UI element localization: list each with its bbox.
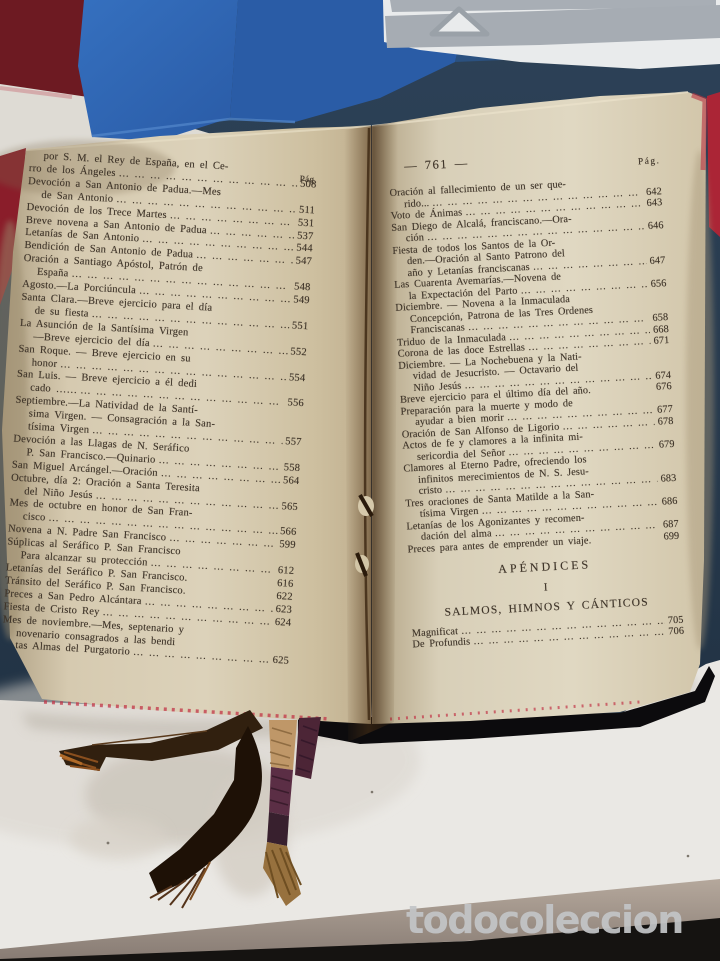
entry-page-number: 647 [649,255,665,267]
appendix-title: APÉNDICES [409,555,681,580]
entry-page-number: 676 [656,381,672,393]
entry-page-number: 566 [280,526,297,540]
entry-page-number: 565 [281,501,298,515]
entry-page-number: 599 [279,539,296,553]
entry-page-number: 531 [297,217,314,231]
entry-page-number: 678 [657,415,673,427]
entry-page-number: 656 [650,278,666,290]
dot-leader [190,581,274,586]
entry-page-number: 679 [659,438,675,450]
entry-page-number: 706 [668,626,684,638]
entry-page-number: 551 [292,320,309,334]
entry-page-number: 552 [290,346,307,360]
entry-page-number: 674 [655,369,671,381]
dot-leader [596,309,665,312]
dust-speck [107,842,110,845]
entry-page-number: 612 [277,565,294,579]
dot-leader [594,390,653,393]
watermark-text: todocoleccion [406,898,683,942]
entry-page-number: 548 [294,282,311,296]
entry-page-number: 642 [646,186,662,198]
entry-page-number: 625 [272,655,289,669]
dot-leader [203,491,296,496]
entry-page-number: 668 [653,324,669,336]
entry-page-number: 511 [299,204,316,218]
entry-page-number: 547 [295,256,312,270]
entry-page-number: 624 [274,617,291,631]
entry-text: ción [406,232,425,244]
entry-page-number: 623 [275,604,292,618]
dust-speck [687,855,690,858]
dot-leader [594,539,660,542]
entry-page-number: 549 [293,294,310,308]
right-page-edge-shade [686,150,714,650]
entry-page-number: 616 [277,578,294,592]
right-page-toc-lines: Oración al fallecimiento de un ser que- … [389,174,679,555]
entry-page-number: 646 [648,220,664,232]
entry-page-number: 677 [657,404,673,416]
dot-leader [215,311,306,316]
entry-page-number: 622 [276,591,293,605]
photo-of-open-book: { "dot_leader": "… … … … … … … … … … … …… [0,0,720,961]
pag-column-label-right: Pág. [638,156,661,169]
right-page-text: — 761 — Pág. Oración al fallecimiento de… [388,148,684,651]
entry-text: cisco [22,512,45,526]
entry-page-number: 556 [287,398,304,412]
entry-page-number: 687 [663,519,679,531]
entry-page-number: 544 [296,243,313,257]
entry-page-number: 686 [662,496,678,508]
entry-page-number: 699 [663,530,679,542]
left-page-toc-lines: por S. M. el Rey de España, en el Ce- rr… [1,150,317,669]
page-number-heading: — 761 — [404,156,469,173]
entry-page-number: 537 [297,230,314,244]
dot-leader [218,427,299,432]
ribbon-shadow-3 [70,816,166,860]
entry-page-number: 554 [289,372,306,386]
entry-page-number: 658 [652,312,668,324]
dot-leader [189,594,274,599]
entry-page-number: 705 [668,614,684,626]
entry-page-number: 557 [285,436,302,450]
entry-page-number: 564 [283,475,300,489]
entry-page-number: 558 [283,462,300,476]
entry-page-number: 643 [646,197,662,209]
left-page-text: Pág. por S. M. el Rey de España, en el C… [1,150,317,669]
entry-page-number: 671 [653,335,669,347]
dot-leader [224,195,313,200]
dust-speck [371,791,374,794]
entry-page-number: 683 [660,473,676,485]
pag-column-label-left: Pág. [299,174,317,188]
